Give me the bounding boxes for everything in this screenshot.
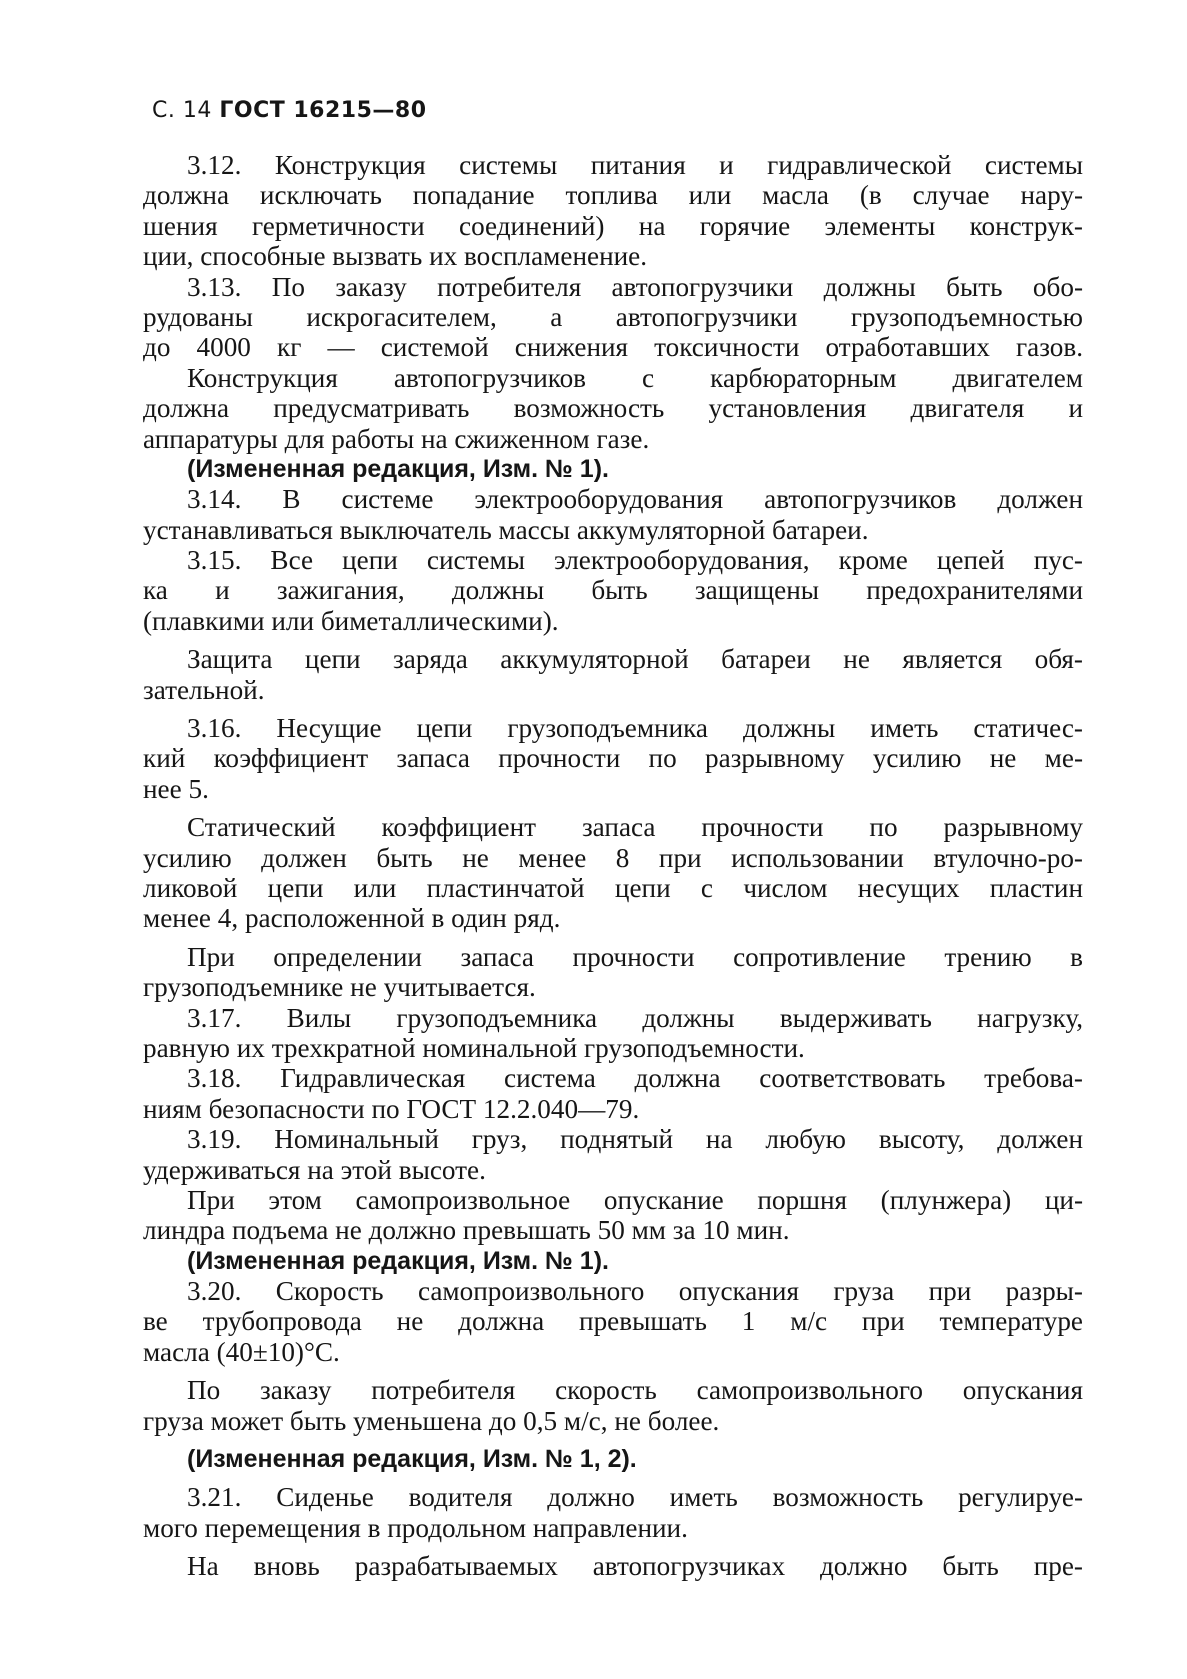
- text-line: менее 4, расположенной в один ряд.: [143, 903, 1083, 933]
- text-line: ции, способные вызвать их воспламенение.: [143, 241, 1083, 271]
- text-line: должна исключать попадание топлива или м…: [143, 180, 1083, 210]
- text-line: Статический коэффициент запаса прочности…: [143, 812, 1083, 842]
- text-line: рудованы искрогасителем, а автопогрузчик…: [143, 302, 1083, 332]
- text-line: 3.12. Конструкция системы питания и гидр…: [143, 150, 1083, 180]
- text-line: зательной.: [143, 675, 1083, 705]
- text-line: ве трубопровода не должна превышать 1 м/…: [143, 1306, 1083, 1336]
- text-line: линдра подъема не должно превышать 50 мм…: [143, 1215, 1083, 1245]
- paragraph-gap: [143, 1367, 1083, 1375]
- text-line: 3.17. Вилы грузоподъемника должны выдерж…: [143, 1003, 1083, 1033]
- text-line: ка и зажигания, должны быть защищены пре…: [143, 575, 1083, 605]
- revision-note: (Измененная редакция, Изм. № 1).: [143, 454, 1083, 484]
- text-line: (плавкими или биметаллическими).: [143, 606, 1083, 636]
- text-line: 3.14. В системе электрооборудования авто…: [143, 484, 1083, 514]
- text-line: 3.19. Номинальный груз, поднятый на любу…: [143, 1124, 1083, 1154]
- text-line: Защита цепи заряда аккумуляторной батаре…: [143, 644, 1083, 674]
- text-line: На вновь разрабатываемых автопогрузчиках…: [143, 1551, 1083, 1581]
- text-line: кий коэффициент запаса прочности по разр…: [143, 743, 1083, 773]
- paragraph-gap: [143, 1474, 1083, 1482]
- text-line: При определении запаса прочности сопроти…: [143, 942, 1083, 972]
- text-line: При этом самопроизвольное опускание порш…: [143, 1185, 1083, 1215]
- revision-note: (Измененная редакция, Изм. № 1, 2).: [143, 1444, 1083, 1474]
- document-body: 3.12. Конструкция системы питания и гидр…: [143, 150, 1083, 1582]
- standard-designation: ГОСТ 16215—80: [219, 98, 426, 123]
- text-line: ниям безопасности по ГОСТ 12.2.040—79.: [143, 1094, 1083, 1124]
- text-line: устанавливаться выключатель массы аккуму…: [143, 515, 1083, 545]
- text-line: 3.13. По заказу потребителя автопогрузчи…: [143, 272, 1083, 302]
- text-line: грузоподъемнике не учитывается.: [143, 972, 1083, 1002]
- text-line: аппаратуры для работы на сжиженном газе.: [143, 424, 1083, 454]
- text-line: шения герметичности соединений) на горяч…: [143, 211, 1083, 241]
- paragraph-gap: [143, 1543, 1083, 1551]
- text-line: 3.20. Скорость самопроизвольного опускан…: [143, 1276, 1083, 1306]
- text-line: 3.16. Несущие цепи грузоподъемника должн…: [143, 713, 1083, 743]
- paragraph-gap: [143, 705, 1083, 713]
- text-line: масла (40±10)°С.: [143, 1337, 1083, 1367]
- paragraph-gap: [143, 1436, 1083, 1444]
- revision-note: (Измененная редакция, Изм. № 1).: [143, 1246, 1083, 1276]
- paragraph-gap: [143, 636, 1083, 644]
- text-line: 3.15. Все цепи системы электрооборудован…: [143, 545, 1083, 575]
- text-line: усилию должен быть не менее 8 при исполь…: [143, 843, 1083, 873]
- paragraph-gap: [143, 804, 1083, 812]
- page-header: С. 14 ГОСТ 16215—80: [152, 98, 427, 123]
- text-line: должна предусматривать возможность устан…: [143, 393, 1083, 423]
- text-line: удерживаться на этой высоте.: [143, 1155, 1083, 1185]
- page-number: С. 14: [152, 98, 212, 123]
- text-line: груза может быть уменьшена до 0,5 м/с, н…: [143, 1406, 1083, 1436]
- text-line: равную их трехкратной номинальной грузоп…: [143, 1033, 1083, 1063]
- text-line: 3.21. Сиденье водителя должно иметь возм…: [143, 1482, 1083, 1512]
- text-line: ликовой цепи или пластинчатой цепи с чис…: [143, 873, 1083, 903]
- text-line: до 4000 кг — системой снижения токсичнос…: [143, 332, 1083, 362]
- paragraph-gap: [143, 934, 1083, 942]
- text-line: Конструкция автопогрузчиков с карбюратор…: [143, 363, 1083, 393]
- text-line: мого перемещения в продольном направлени…: [143, 1513, 1083, 1543]
- text-line: 3.18. Гидравлическая система должна соот…: [143, 1063, 1083, 1093]
- text-line: нее 5.: [143, 774, 1083, 804]
- text-line: По заказу потребителя скорость самопроиз…: [143, 1375, 1083, 1405]
